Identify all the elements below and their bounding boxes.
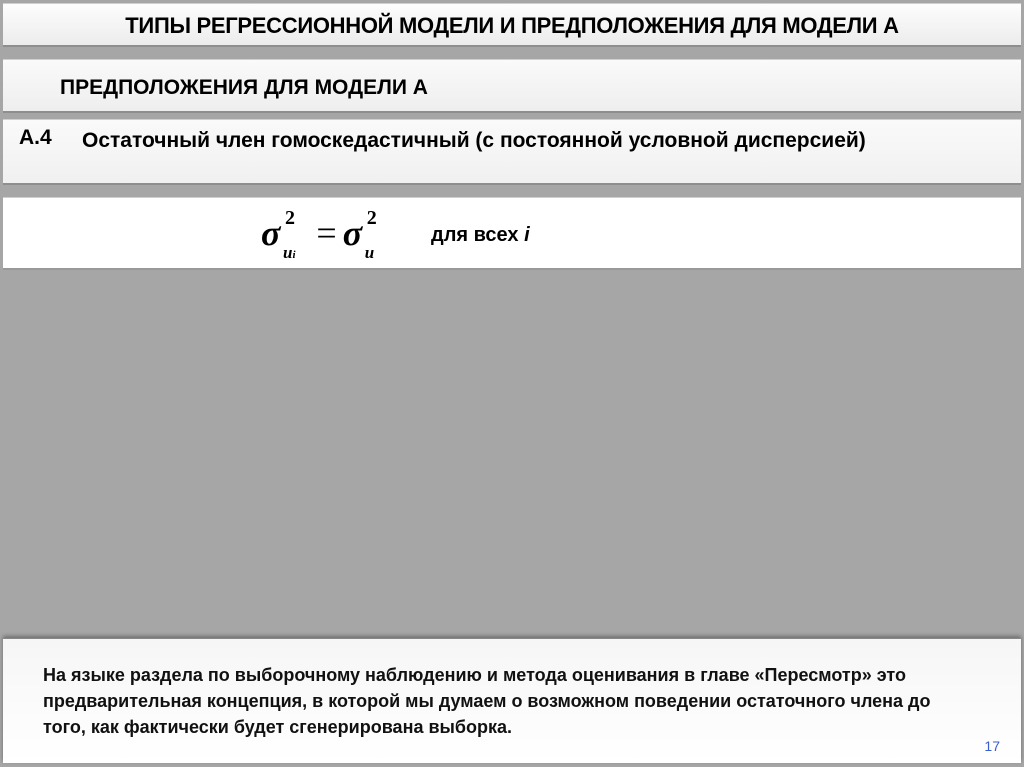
assumption-band: A.4 Остаточный член гомоскедастичный (с …	[3, 119, 1021, 185]
slide-title: ТИПЫ РЕГРЕССИОННОЙ МОДЕЛИ И ПРЕДПОЛОЖЕНИ…	[3, 13, 1021, 39]
formula-lhs: σ2ui	[261, 213, 280, 253]
note-panel: На языке раздела по выборочному наблюден…	[3, 638, 1021, 763]
slide-subtitle: ПРЕДПОЛОЖЕНИЯ ДЛЯ МОДЕЛИ А	[60, 76, 428, 100]
formula-band: σ2ui=σ2u для всех i	[3, 197, 1021, 270]
note-text: На языке раздела по выборочному наблюден…	[43, 662, 963, 740]
formula-rhs: σ2u	[343, 213, 362, 253]
homoscedasticity-formula: σ2ui=σ2u	[261, 212, 362, 254]
assumption-text: Остаточный член гомоскедастичный (с пост…	[82, 126, 902, 155]
title-band: ТИПЫ РЕГРЕССИОННОЙ МОДЕЛИ И ПРЕДПОЛОЖЕНИ…	[3, 3, 1021, 47]
subtitle-band: ПРЕДПОЛОЖЕНИЯ ДЛЯ МОДЕЛИ А	[3, 59, 1021, 113]
formula-equals: =	[316, 213, 336, 253]
page-number: 17	[984, 738, 1000, 754]
assumption-number: A.4	[19, 126, 52, 150]
formula-qualifier: для всех i	[431, 224, 530, 247]
